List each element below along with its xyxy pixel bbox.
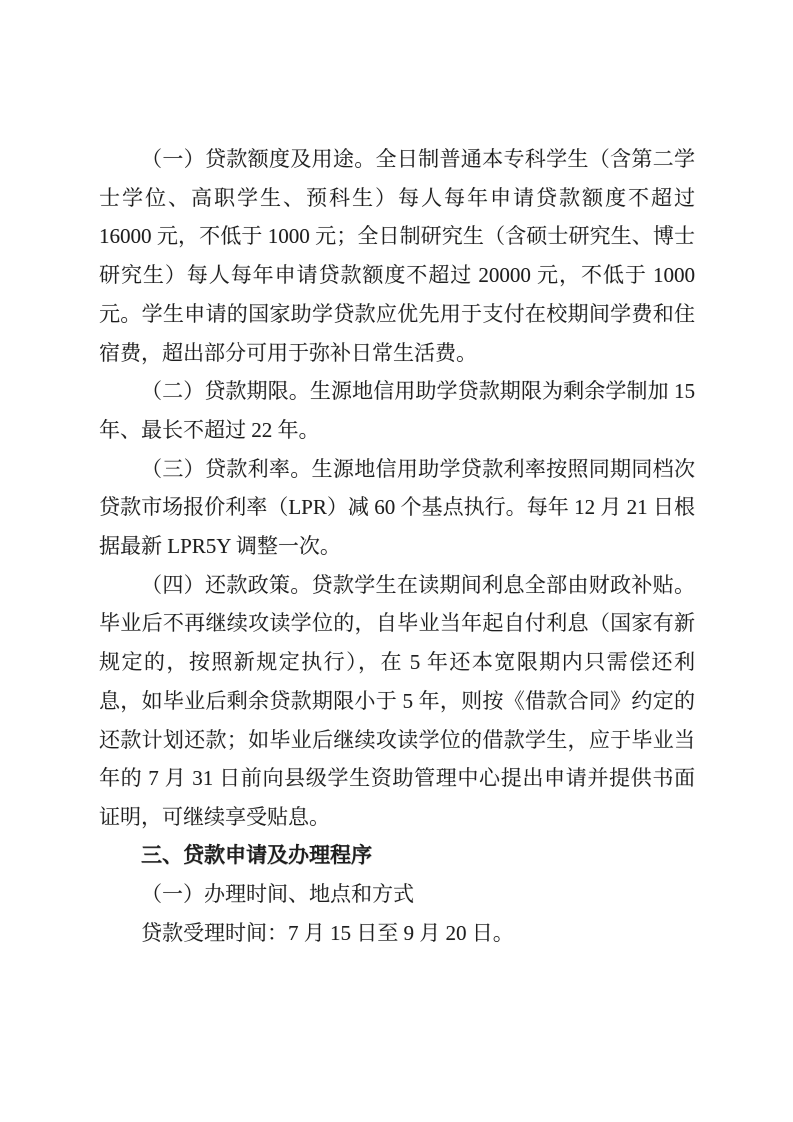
heading-section-three: 三、贷款申请及办理程序 (99, 837, 695, 876)
para-loan-term: （二）贷款期限。生源地信用助学贷款期限为剩余学制加 15 年、最长不超过 22 … (99, 372, 695, 449)
para-loan-interest-rate: （三）贷款利率。生源地信用助学贷款利率按照同期同档次贷款市场报价利率（LPR）减… (99, 450, 695, 566)
para-loan-amount-and-purpose: （一）贷款额度及用途。全日制普通本专科学生（含第二学士学位、高职学生、预科生）每… (99, 140, 695, 372)
para-acceptance-period: 贷款受理时间：7 月 15 日至 9 月 20 日。 (99, 914, 695, 953)
document-page: （一）贷款额度及用途。全日制普通本专科学生（含第二学士学位、高职学生、预科生）每… (0, 0, 793, 1122)
para-subsection-time-place-method: （一）办理时间、地点和方式 (99, 875, 695, 914)
document-body: （一）贷款额度及用途。全日制普通本专科学生（含第二学士学位、高职学生、预科生）每… (99, 140, 695, 953)
para-repayment-policy: （四）还款政策。贷款学生在读期间利息全部由财政补贴。毕业后不再继续攻读学位的，自… (99, 566, 695, 837)
